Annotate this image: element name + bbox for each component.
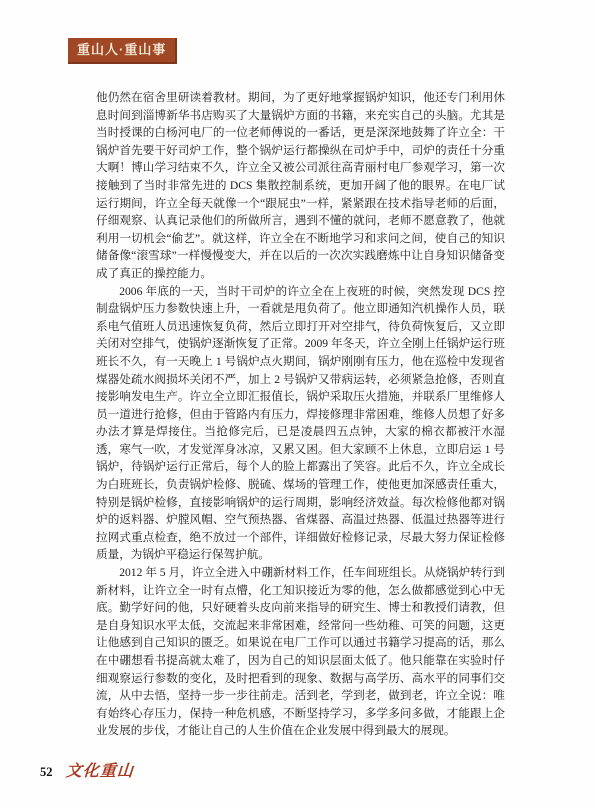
article-paragraph-3: 2012 年 5 月，许立全进入中硼新材料工作，任车间班组长。从烧锅炉转行到新材…: [96, 564, 505, 740]
section-header-badge: 重山人·重山事: [68, 38, 177, 64]
magazine-page: 重山人·重山事 他仍然在宿舍里研读着教材。期间，为了更好地掌握锅炉知识，他还专门…: [0, 0, 595, 808]
page-number: 52: [40, 765, 53, 780]
footer-logo-calligraphy: 文化重山: [65, 758, 135, 781]
article-paragraph-1: 他仍然在宿舍里研读着教材。期间，为了更好地掌握锅炉知识，他还专门利用休息时间到淄…: [96, 89, 505, 283]
section-header-label: 重山人·重山事: [77, 42, 166, 57]
page-footer: 52 文化重山: [40, 758, 540, 781]
article-body: 他仍然在宿舍里研读着教材。期间，为了更好地掌握锅炉知识，他还专门利用休息时间到淄…: [96, 89, 505, 740]
article-paragraph-2: 2006 年底的一天，当时干司炉的许立全在上夜班的时候，突然发现 DCS 控制盘…: [96, 283, 505, 565]
